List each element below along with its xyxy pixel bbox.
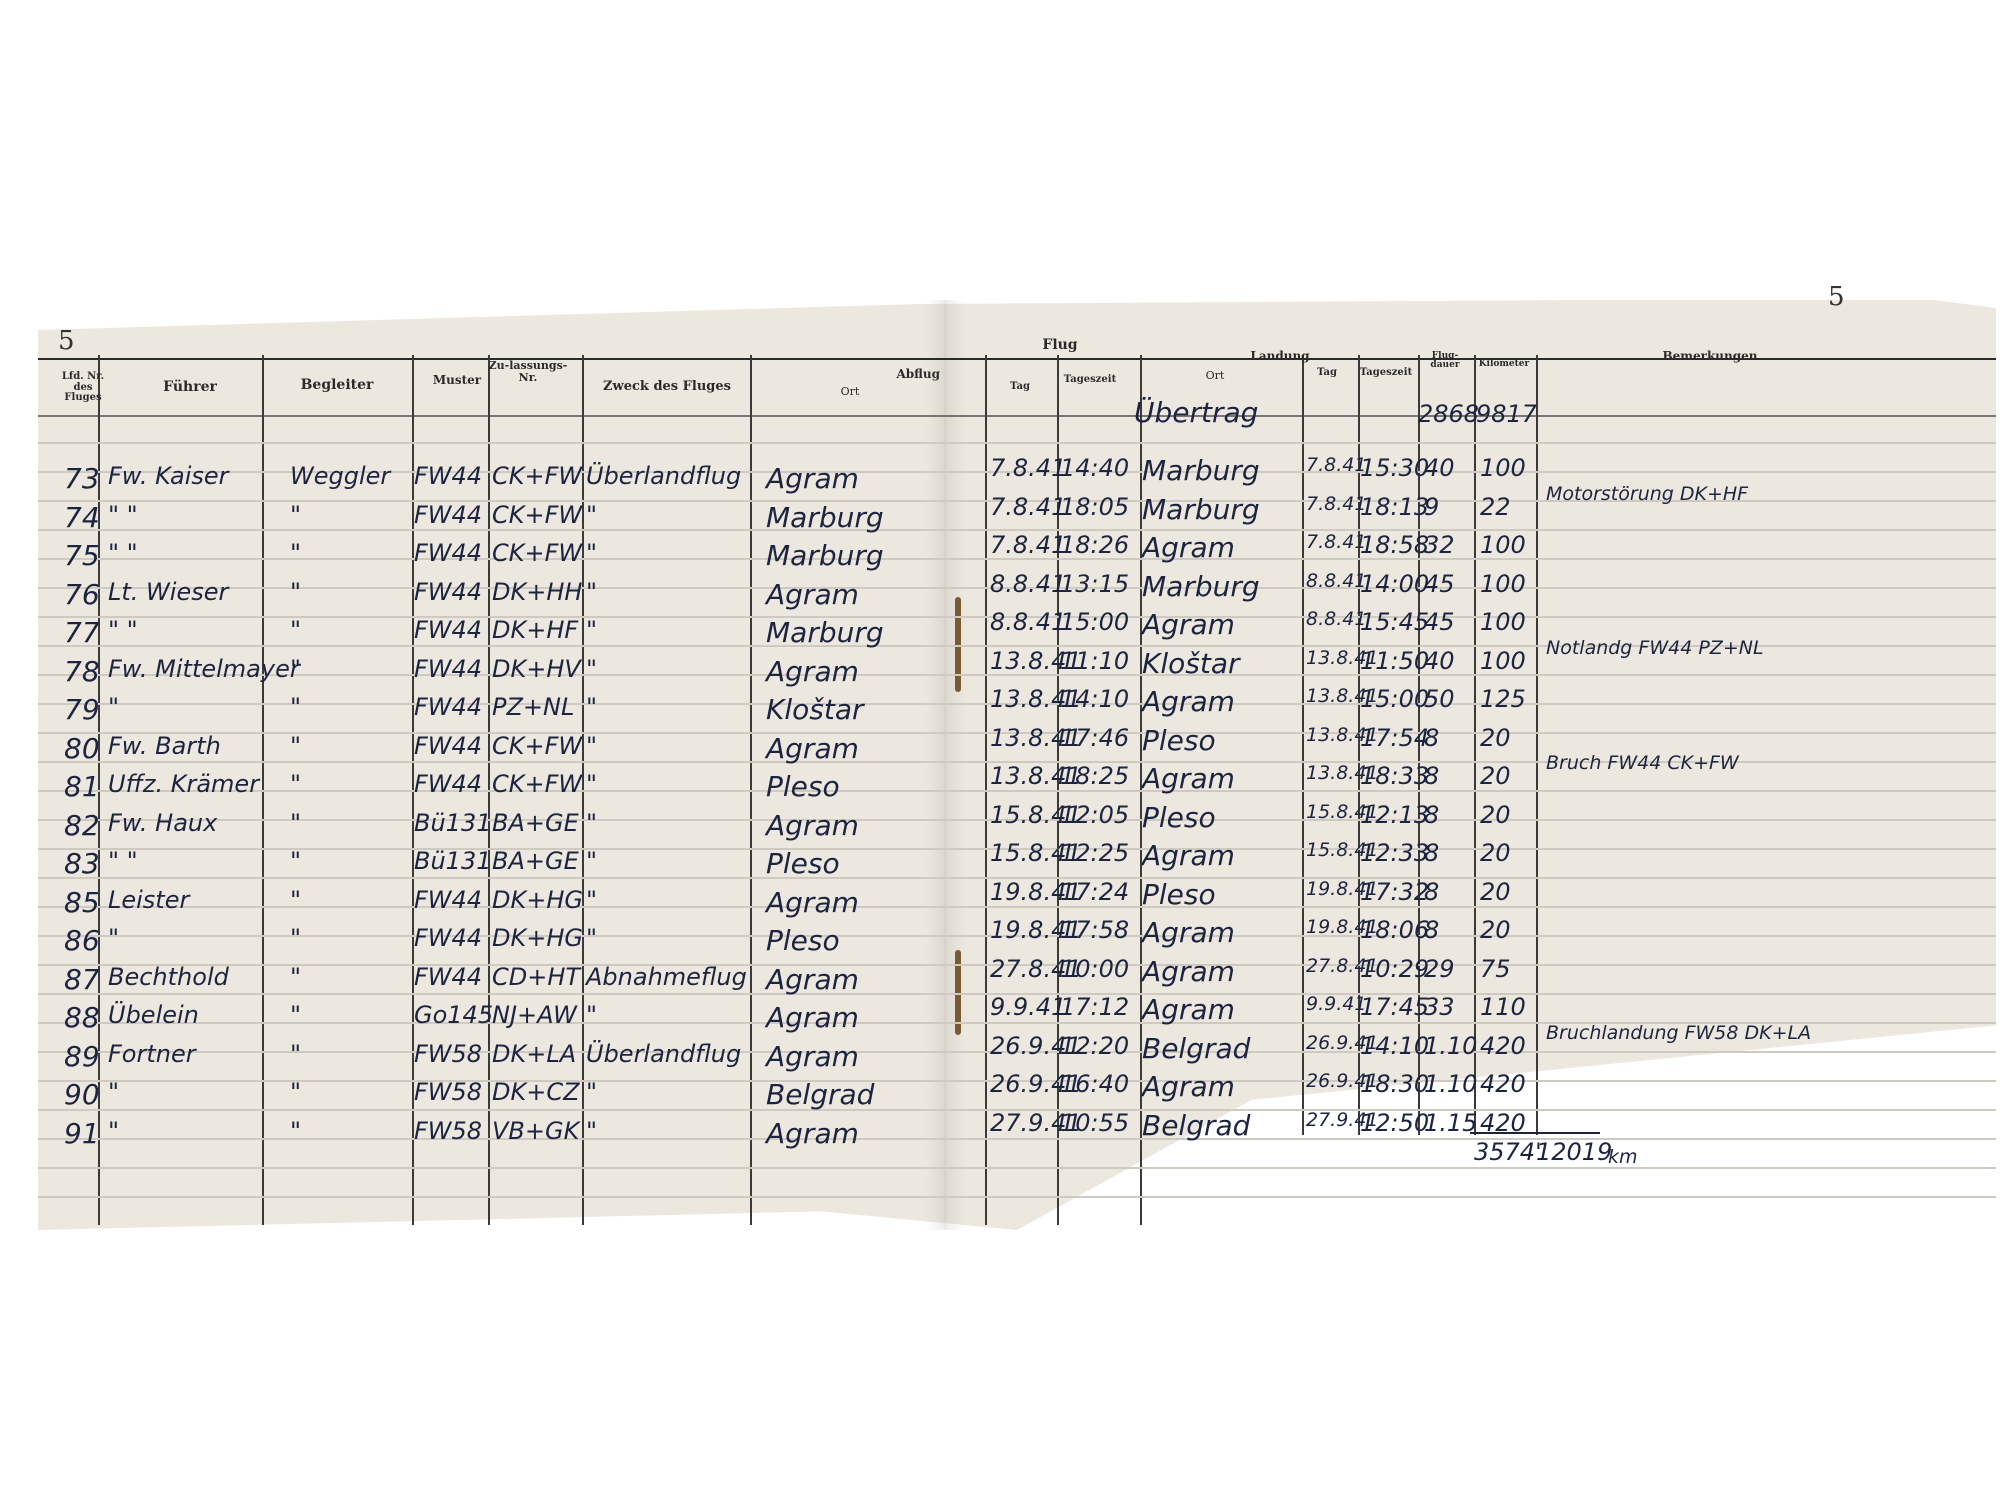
cell-begleiter: " [290, 770, 301, 798]
cell-landung-ort: Marburg [1142, 570, 1260, 603]
cell-dauer: 1.10 [1424, 1032, 1477, 1060]
cell-dauer: 8 [1424, 839, 1439, 867]
cell-muster: FW44 [414, 539, 482, 567]
cell-zulassung: VB+GK [492, 1117, 579, 1145]
cell-fuehrer: Lt. Wieser [108, 578, 228, 606]
cell-landung-ort: Pleso [1142, 878, 1216, 911]
cell-landung-tag: 9.9.41 [1306, 993, 1366, 1015]
cell-nr: 86 [64, 924, 100, 957]
total-flugdauer: 3574' [1474, 1138, 1542, 1166]
cell-fuehrer: Fortner [108, 1040, 196, 1068]
page-gutter [925, 300, 965, 1230]
cell-km: 20 [1480, 801, 1511, 829]
cell-dauer: 9 [1424, 493, 1439, 521]
cell-begleiter: " [290, 1078, 301, 1106]
cell-landung-tag: 8.8.41 [1306, 608, 1366, 630]
cell-fuehrer: " [108, 924, 119, 952]
cell-nr: 73 [64, 462, 100, 495]
cell-muster: Go145 [414, 1001, 493, 1029]
cell-begleiter: " [290, 655, 301, 683]
cell-landung-zeit: 10:29 [1360, 955, 1429, 983]
cell-km: 100 [1480, 454, 1526, 482]
header-begleiter: Begleiter [262, 378, 412, 393]
cell-landung-zeit: 15:45 [1360, 608, 1429, 636]
cell-zulassung: CK+FW [492, 462, 582, 490]
cell-landung-zeit: 14:00 [1360, 570, 1429, 598]
cell-begleiter: " [290, 1117, 301, 1145]
cell-fuehrer: " [108, 1117, 119, 1145]
cell-landung-ort: Pleso [1142, 801, 1216, 834]
cell-dauer: 1.10 [1424, 1070, 1477, 1098]
cell-landung-zeit: 14:10 [1360, 1032, 1429, 1060]
cell-muster: FW58 [414, 1078, 482, 1106]
cell-muster: FW44 [414, 655, 482, 683]
cell-bemerkung: Bruchlandung FW58 DK+LA [1546, 1022, 1811, 1044]
cell-zweck: " [586, 1078, 597, 1106]
cell-zweck: Abnahmeflug [586, 963, 747, 991]
cell-nr: 81 [64, 770, 100, 803]
cell-zulassung: DK+HF [492, 616, 578, 644]
ruled-line [38, 790, 1996, 792]
header-abflug-tageszeit: Tageszeit [1057, 375, 1123, 386]
cell-begleiter: " [290, 886, 301, 914]
cell-abflug-ort: Agram [766, 886, 859, 919]
cell-fuehrer: Fw. Kaiser [108, 462, 229, 490]
cell-muster: FW58 [414, 1040, 482, 1068]
cell-abflug-ort: Belgrad [766, 1078, 874, 1111]
cell-landung-zeit: 17:54 [1360, 724, 1429, 752]
cell-nr: 74 [64, 501, 100, 534]
cell-zweck: " [586, 693, 597, 721]
cell-km: 100 [1480, 570, 1526, 598]
cell-zulassung: DK+HV [492, 655, 581, 683]
header-landung-tag: Tag [1292, 368, 1362, 379]
header-lfd-nr: Lfd. Nr. des Fluges [58, 372, 108, 404]
cell-dauer: 8 [1424, 762, 1439, 790]
cell-begleiter: " [290, 693, 301, 721]
cell-abflug-zeit: 12:20 [1060, 1032, 1129, 1060]
cell-abflug-ort: Agram [766, 1001, 859, 1034]
cell-zweck: " [586, 1001, 597, 1029]
cell-landung-tag: 7.8.41 [1306, 493, 1366, 515]
cell-km: 125 [1480, 685, 1526, 713]
cell-abflug-zeit: 17:46 [1060, 724, 1129, 752]
cell-zweck: " [586, 886, 597, 914]
header-abflug-tag: Tag [985, 382, 1055, 393]
cell-km: 20 [1480, 839, 1511, 867]
cell-abflug-zeit: 17:58 [1060, 916, 1129, 944]
cell-begleiter: " [290, 924, 301, 952]
cell-dauer: 50 [1424, 685, 1455, 713]
cell-abflug-zeit: 14:40 [1060, 454, 1129, 482]
cell-landung-zeit: 18:13 [1360, 493, 1429, 521]
cell-nr: 90 [64, 1078, 100, 1111]
cell-begleiter: " [290, 616, 301, 644]
cell-dauer: 8 [1424, 916, 1439, 944]
ruled-line [38, 906, 1996, 908]
cell-muster: FW44 [414, 963, 482, 991]
cell-nr: 79 [64, 693, 100, 726]
cell-muster: FW44 [414, 462, 482, 490]
cell-km: 20 [1480, 762, 1511, 790]
cell-abflug-ort: Pleso [766, 924, 840, 957]
cell-abflug-ort: Kloštar [766, 693, 864, 726]
cell-km: 420 [1480, 1032, 1526, 1060]
cell-abflug-tag: 8.8.41 [990, 570, 1066, 598]
cell-landung-zeit: 12:33 [1360, 839, 1429, 867]
cell-fuehrer: Fw. Mittelmayer [108, 655, 300, 683]
cell-muster: FW44 [414, 924, 482, 952]
cell-abflug-ort: Agram [766, 655, 859, 688]
cell-begleiter: " [290, 501, 301, 529]
cell-km: 20 [1480, 878, 1511, 906]
cell-abflug-ort: Pleso [766, 770, 840, 803]
ruled-line [38, 1138, 1996, 1140]
cell-abflug-ort: Marburg [766, 501, 884, 534]
cell-landung-tag: 8.8.41 [1306, 570, 1366, 592]
cell-abflug-zeit: 14:10 [1060, 685, 1129, 713]
ruled-line [38, 442, 1996, 444]
cell-km: 100 [1480, 531, 1526, 559]
cell-bemerkung: Motorstörung DK+HF [1546, 483, 1748, 505]
header-landung-tageszeit: Tageszeit [1356, 368, 1416, 379]
cell-zulassung: DK+HG [492, 886, 583, 914]
cell-landung-zeit: 12:50 [1360, 1109, 1429, 1137]
cell-abflug-tag: 9.9.41 [990, 993, 1066, 1021]
cell-landung-ort: Belgrad [1142, 1109, 1250, 1142]
cell-zweck: " [586, 655, 597, 683]
cell-zweck: " [586, 732, 597, 760]
cell-km: 420 [1480, 1070, 1526, 1098]
cell-landung-ort: Agram [1142, 839, 1235, 872]
cell-nr: 91 [64, 1117, 100, 1150]
cell-fuehrer: " " [108, 616, 138, 644]
cell-fuehrer: Fw. Barth [108, 732, 221, 760]
cell-landung-ort: Agram [1142, 955, 1235, 988]
cell-fuehrer: " [108, 693, 119, 721]
cell-muster: Bü131 [414, 809, 491, 837]
cell-zweck: " [586, 924, 597, 952]
totals-rule [1470, 1132, 1600, 1134]
cell-muster: FW58 [414, 1117, 482, 1145]
cell-nr: 80 [64, 732, 100, 765]
cell-dauer: 33 [1424, 993, 1455, 1021]
cell-landung-ort: Agram [1142, 685, 1235, 718]
cell-zulassung: DK+LA [492, 1040, 576, 1068]
cell-landung-tag: 7.8.41 [1306, 531, 1366, 553]
cell-zulassung: NJ+AW [492, 1001, 577, 1029]
cell-nr: 85 [64, 886, 100, 919]
cell-fuehrer: " " [108, 539, 138, 567]
cell-landung-ort: Agram [1142, 993, 1235, 1026]
total-unit: km [1608, 1146, 1638, 1168]
cell-dauer: 8 [1424, 801, 1439, 829]
cell-abflug-zeit: 18:25 [1060, 762, 1129, 790]
cell-begleiter: " [290, 1001, 301, 1029]
page-number-right: 5 [1828, 282, 1845, 312]
cell-dauer: 32 [1424, 531, 1455, 559]
page-number-left: 5 [58, 326, 75, 356]
cell-landung-ort: Pleso [1142, 724, 1216, 757]
cell-landung-ort: Agram [1142, 531, 1235, 564]
cell-begleiter: " [290, 732, 301, 760]
cell-dauer: 45 [1424, 570, 1455, 598]
header-zweck: Zweck des Fluges [582, 380, 752, 394]
cell-dauer: 8 [1424, 724, 1439, 752]
cell-landung-zeit: 15:00 [1360, 685, 1429, 713]
cell-zweck: Überlandflug [586, 462, 741, 490]
cell-zweck: " [586, 539, 597, 567]
cell-bemerkung: Notlandg FW44 PZ+NL [1546, 637, 1764, 659]
carry-over-flugdauer: 2868 [1418, 400, 1479, 428]
cell-dauer: 40 [1424, 647, 1455, 675]
cell-begleiter: " [290, 539, 301, 567]
cell-landung-ort: Kloštar [1142, 647, 1240, 680]
cell-landung-ort: Marburg [1142, 454, 1260, 487]
cell-abflug-tag: 7.8.41 [990, 454, 1066, 482]
cell-abflug-zeit: 12:25 [1060, 839, 1129, 867]
cell-zulassung: CK+FW [492, 732, 582, 760]
cell-landung-tag: 7.8.41 [1306, 454, 1366, 476]
cell-zulassung: DK+HH [492, 578, 582, 606]
cell-nr: 78 [64, 655, 100, 688]
cell-zweck: Überlandflug [586, 1040, 741, 1068]
header-bemerkungen: Bemerkungen [1540, 350, 1880, 363]
cell-landung-zeit: 15:30 [1360, 454, 1429, 482]
cell-bemerkung: Bruch FW44 CK+FW [1546, 752, 1739, 774]
cell-km: 100 [1480, 647, 1526, 675]
cell-zulassung: CK+FW [492, 539, 582, 567]
cell-zulassung: CK+FW [492, 770, 582, 798]
cell-km: 20 [1480, 916, 1511, 944]
cell-landung-zeit: 17:45 [1360, 993, 1429, 1021]
cell-abflug-zeit: 12:05 [1060, 801, 1129, 829]
cell-landung-zeit: 18:58 [1360, 531, 1429, 559]
cell-muster: Bü131 [414, 847, 491, 875]
cell-km: 110 [1480, 993, 1526, 1021]
cell-zweck: " [586, 616, 597, 644]
cell-landung-ort: Agram [1142, 916, 1235, 949]
total-kilometer: 12019 [1536, 1138, 1612, 1166]
cell-abflug-zeit: 15:00 [1060, 608, 1129, 636]
cell-begleiter: " [290, 1040, 301, 1068]
ruled-line [38, 1196, 1996, 1198]
cell-muster: FW44 [414, 693, 482, 721]
cell-zulassung: CK+FW [492, 501, 582, 529]
header-abflug: Abflug [800, 368, 940, 381]
header-landung-ort: Ort [1130, 370, 1300, 382]
cell-zulassung: CD+HT [492, 963, 580, 991]
cell-abflug-zeit: 11:10 [1060, 647, 1129, 675]
cell-nr: 89 [64, 1040, 100, 1073]
cell-abflug-zeit: 17:24 [1060, 878, 1129, 906]
cell-begleiter: " [290, 578, 301, 606]
cell-zweck: " [586, 770, 597, 798]
cell-abflug-ort: Agram [766, 732, 859, 765]
cell-fuehrer: " " [108, 501, 138, 529]
header-bottom-rule [38, 415, 1996, 417]
header-fuehrer: Führer [120, 380, 260, 395]
cell-dauer: 45 [1424, 608, 1455, 636]
cell-abflug-zeit: 16:40 [1060, 1070, 1129, 1098]
cell-fuehrer: " [108, 1078, 119, 1106]
cell-abflug-ort: Agram [766, 963, 859, 996]
cell-km: 20 [1480, 724, 1511, 752]
cell-dauer: 8 [1424, 878, 1439, 906]
cell-landung-zeit: 11:50 [1360, 647, 1429, 675]
cell-nr: 88 [64, 1001, 100, 1034]
cell-nr: 77 [64, 616, 100, 649]
cell-nr: 83 [64, 847, 100, 880]
cell-abflug-zeit: 13:15 [1060, 570, 1129, 598]
cell-dauer: 40 [1424, 454, 1455, 482]
cell-muster: FW44 [414, 886, 482, 914]
cell-abflug-ort: Pleso [766, 847, 840, 880]
cell-dauer: 29 [1424, 955, 1455, 983]
cell-nr: 76 [64, 578, 100, 611]
cell-muster: FW44 [414, 578, 482, 606]
cell-nr: 75 [64, 539, 100, 572]
cell-landung-ort: Agram [1142, 1070, 1235, 1103]
cell-zulassung: BA+GE [492, 809, 579, 837]
header-landung: Landung [1180, 350, 1380, 363]
ruled-line [38, 1167, 1996, 1169]
cell-fuehrer: Bechthold [108, 963, 229, 991]
cell-nr: 87 [64, 963, 100, 996]
cell-abflug-ort: Agram [766, 578, 859, 611]
cell-muster: FW44 [414, 616, 482, 644]
cell-fuehrer: Übelein [108, 1001, 199, 1029]
cell-begleiter: " [290, 809, 301, 837]
cell-abflug-ort: Marburg [766, 616, 884, 649]
cell-zweck: " [586, 1117, 597, 1145]
cell-zulassung: PZ+NL [492, 693, 574, 721]
carry-over-kilometer: 9817 [1476, 400, 1537, 428]
cell-landung-ort: Belgrad [1142, 1032, 1250, 1065]
cell-abflug-ort: Agram [766, 1117, 859, 1150]
cell-fuehrer: Uffz. Krämer [108, 770, 259, 798]
cell-abflug-ort: Agram [766, 809, 859, 842]
cell-landung-zeit: 12:13 [1360, 801, 1429, 829]
cell-fuehrer: Fw. Haux [108, 809, 217, 837]
cell-zweck: " [586, 809, 597, 837]
cell-abflug-zeit: 17:12 [1060, 993, 1129, 1021]
cell-zulassung: BA+GE [492, 847, 579, 875]
cell-landung-zeit: 18:30 [1360, 1070, 1429, 1098]
header-kilometer: Kilometer [1474, 360, 1534, 369]
cell-landung-ort: Marburg [1142, 493, 1260, 526]
cell-abflug-ort: Agram [766, 1040, 859, 1073]
cell-muster: FW44 [414, 732, 482, 760]
carry-over-label: Übertrag [1134, 396, 1258, 429]
cell-km: 75 [1480, 955, 1511, 983]
cell-begleiter: " [290, 963, 301, 991]
header-flug: Flug [1010, 338, 1110, 353]
cell-abflug-tag: 8.8.41 [990, 608, 1066, 636]
cell-begleiter: " [290, 847, 301, 875]
cell-muster: FW44 [414, 770, 482, 798]
cell-zweck: " [586, 578, 597, 606]
cell-abflug-zeit: 10:00 [1060, 955, 1129, 983]
cell-nr: 82 [64, 809, 100, 842]
cell-landung-zeit: 18:06 [1360, 916, 1429, 944]
cell-landung-ort: Agram [1142, 608, 1235, 641]
cell-abflug-ort: Marburg [766, 539, 884, 572]
cell-landung-zeit: 18:33 [1360, 762, 1429, 790]
cell-landung-ort: Agram [1142, 762, 1235, 795]
header-flugdauer: Flug-dauer [1418, 352, 1472, 371]
header-zulassungs-nr: Zu-lassungs-Nr. [488, 360, 568, 383]
cell-abflug-ort: Agram [766, 462, 859, 495]
header-abflug-ort: Ort [750, 386, 950, 398]
cell-abflug-zeit: 18:05 [1060, 493, 1129, 521]
cell-landung-zeit: 17:32 [1360, 878, 1429, 906]
cell-abflug-tag: 7.8.41 [990, 493, 1066, 521]
cell-zulassung: DK+HG [492, 924, 583, 952]
cell-begleiter: Weggler [290, 462, 390, 490]
cell-km: 22 [1480, 493, 1511, 521]
cell-km: 100 [1480, 608, 1526, 636]
cell-zweck: " [586, 501, 597, 529]
cell-zulassung: DK+CZ [492, 1078, 580, 1106]
cell-muster: FW44 [414, 501, 482, 529]
cell-zweck: " [586, 847, 597, 875]
cell-abflug-zeit: 18:26 [1060, 531, 1129, 559]
cell-fuehrer: Leister [108, 886, 189, 914]
cell-abflug-tag: 7.8.41 [990, 531, 1066, 559]
cell-fuehrer: " " [108, 847, 138, 875]
cell-abflug-zeit: 10:55 [1060, 1109, 1129, 1137]
